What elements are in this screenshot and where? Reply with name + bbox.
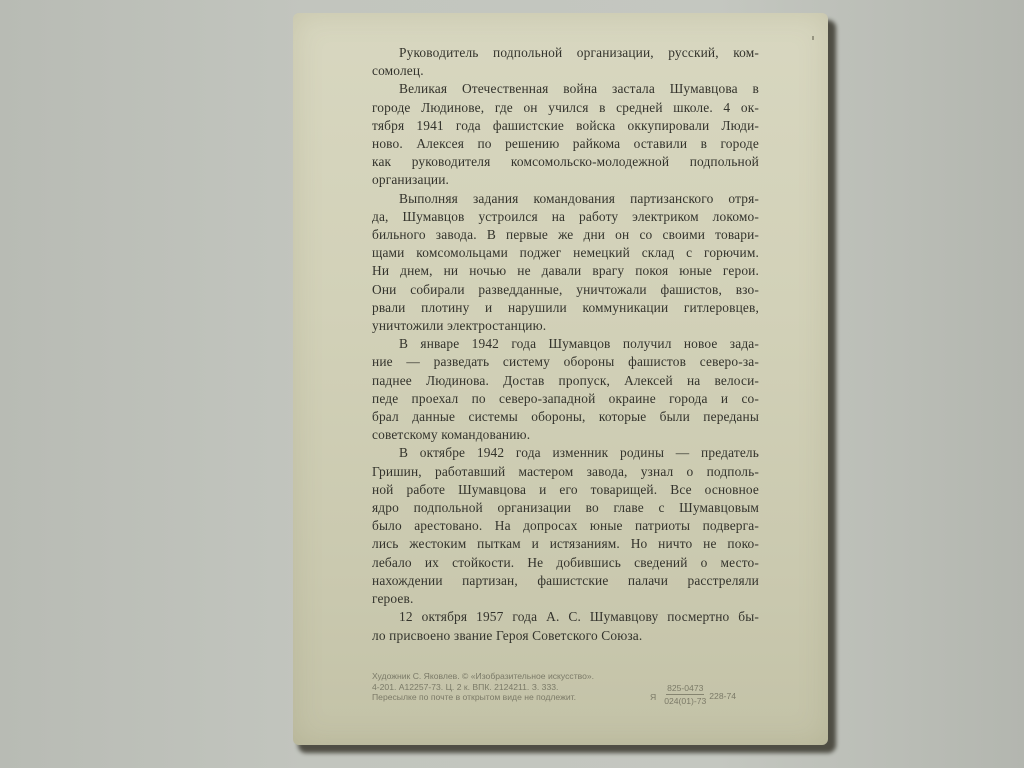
biography-text: Руководитель подпольной организации, рус… (372, 44, 759, 645)
text-line: бильного завода. В первые же дни он со с… (372, 226, 759, 244)
text-line: Великая Отечественная война застала Шума… (372, 80, 759, 98)
text-line: Гришин, работавший мастером завода, узна… (372, 463, 759, 481)
text-line: брал данные системы обороны, которые был… (372, 408, 759, 426)
paper-speck (812, 36, 814, 40)
text-line: да, Шумавцов устроился на работу электри… (372, 208, 759, 226)
text-line: советскому командованию. (372, 426, 759, 444)
text-line: городе Людинове, где он учился в средней… (372, 99, 759, 117)
index-fraction: 825-0473 024(01)-73 (664, 683, 706, 706)
text-line: В октябре 1942 года изменник родины — пр… (372, 444, 759, 462)
paragraph: В октябре 1942 года изменник родины — пр… (372, 444, 759, 608)
index-letter: Я (650, 692, 656, 702)
text-line: ной работе Шумавцова и его товарищей. Вс… (372, 481, 759, 499)
text-line: Руководитель подпольной организации, рус… (372, 44, 759, 62)
paragraph: В январе 1942 года Шумавцов получил ново… (372, 335, 759, 444)
paragraph: Руководитель подпольной организации, рус… (372, 44, 759, 80)
text-line: ло присвоено звание Героя Советского Сою… (372, 627, 759, 645)
index-suffix: 228-74 (709, 691, 736, 701)
text-line: ние — разведать систему обороны фашистов… (372, 353, 759, 371)
text-line: как руководителя комсомольско-молодежной… (372, 153, 759, 171)
index-numerator: 825-0473 (666, 683, 704, 695)
text-line: героев. (372, 590, 759, 608)
text-line: лебало их стойкости. Не добившись сведен… (372, 554, 759, 572)
text-line: организации. (372, 171, 759, 189)
text-line: нахождении партизан, фашистские палачи р… (372, 572, 759, 590)
text-line: щами комсомольцами поджег немецкий склад… (372, 244, 759, 262)
text-line: тября 1941 года фашистские войска оккупи… (372, 117, 759, 135)
text-line: педе проехал по северо-западной окраине … (372, 390, 759, 408)
paragraph: 12 октября 1957 года А. С. Шумавцову пос… (372, 608, 759, 644)
text-line: сомолец. (372, 62, 759, 80)
text-line: ново. Алексея по решению райкома оставил… (372, 135, 759, 153)
text-line: паднее Людинова. Достав пропуск, Алексей… (372, 372, 759, 390)
text-line: было арестовано. На допросах юные патрио… (372, 517, 759, 535)
imprint-artist-line: Художник С. Яковлев. © «Изобразительное … (372, 671, 772, 682)
index-denominator: 024(01)-73 (664, 695, 706, 706)
text-line: В январе 1942 года Шумавцов получил ново… (372, 335, 759, 353)
paragraph: Великая Отечественная война застала Шума… (372, 80, 759, 189)
catalog-index: Я 825-0473 024(01)-73 228-74 (650, 683, 736, 706)
text-line: ядро подпольной организации во главе с Ш… (372, 499, 759, 517)
text-line: Ни днем, ни ночью не давали врагу покоя … (372, 262, 759, 280)
text-line: Выполняя задания командования партизанск… (372, 190, 759, 208)
text-line: 12 октября 1957 года А. С. Шумавцову пос… (372, 608, 759, 626)
text-line: лись жестоким пыткам и истязаниям. Но ни… (372, 535, 759, 553)
paragraph: Выполняя задания командования партизанск… (372, 190, 759, 336)
text-line: Они собирали разведданные, уничтожали фа… (372, 281, 759, 299)
text-line: рвали плотину и нарушили коммуникации ги… (372, 299, 759, 317)
text-line: уничтожили электростанцию. (372, 317, 759, 335)
